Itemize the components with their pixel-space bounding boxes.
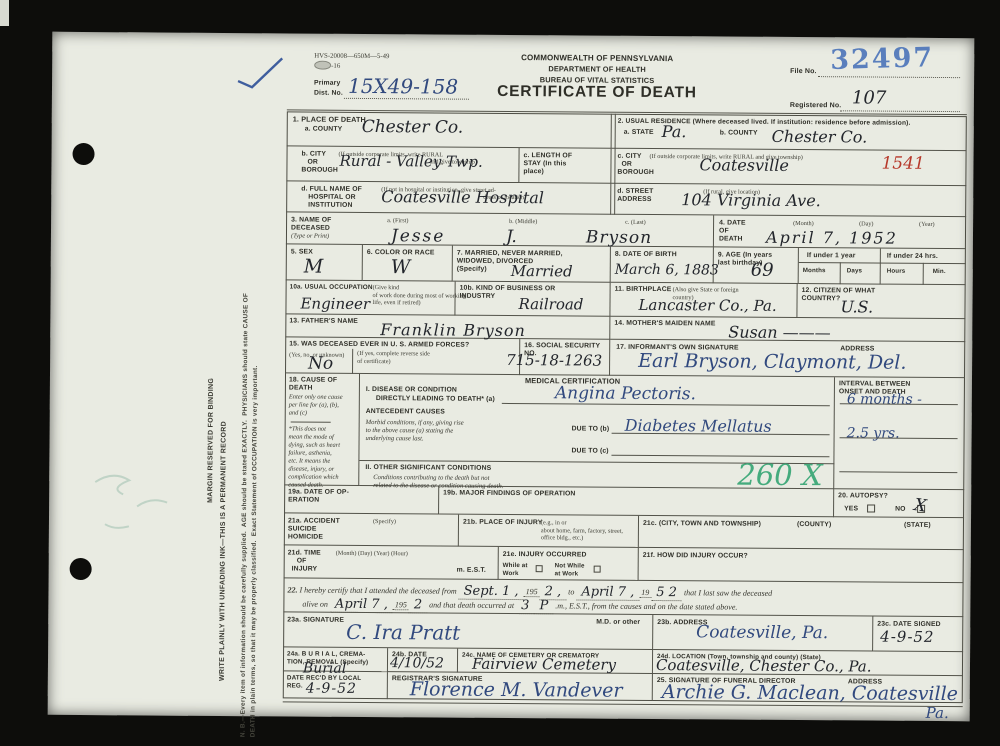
autopsy-label: 20. AUTOPSY? bbox=[838, 492, 888, 501]
certify-t1: I hereby certify that I attended the dec… bbox=[299, 586, 456, 596]
registered-no-value: 107 bbox=[852, 89, 886, 107]
fathers-name-value: Franklin Bryson bbox=[380, 322, 526, 339]
margin-write-plainly-note: WRITE PLAINLY WITH UNFADING INK—THIS IS … bbox=[218, 421, 230, 681]
injury-occurred-label: 21e. INJURY OCCURRED bbox=[503, 551, 587, 560]
margin-nb-note: N. B.—Every item of information should b… bbox=[238, 293, 261, 737]
leading-to-death-label: DIRECTLY LEADING TO DEATH* (a) bbox=[376, 395, 495, 404]
certify-t7: 195 bbox=[393, 600, 409, 610]
not-while-at-work-checkbox bbox=[594, 566, 601, 573]
due-to-b-label: DUE TO (b) bbox=[572, 425, 610, 433]
form-number-text: HVS-20008—650M—5-49 bbox=[314, 53, 389, 61]
date-recd-value: 4-9-52 bbox=[306, 682, 357, 696]
mothers-maiden-name-value: Susan ——— bbox=[728, 325, 831, 342]
commonwealth-title: COMMONWEALTH OF PENNSYLVANIA bbox=[452, 54, 742, 64]
cause-a-value: Angina Pectoris. bbox=[555, 385, 696, 403]
date-of-birth-value: March 6, 1883 bbox=[615, 263, 719, 278]
sex-value: M bbox=[304, 258, 324, 277]
injury-state-hint: (STATE) bbox=[904, 522, 931, 530]
certify-t8: and that death occurred at bbox=[429, 600, 514, 610]
autopsy-no-label: NO bbox=[895, 506, 906, 514]
morbid-conditions-note: Morbid conditions, if any, giving rise t… bbox=[366, 419, 464, 444]
armed-forces-divider bbox=[352, 349, 353, 374]
armed-forces-note2: (If yes, complete reverse side of certif… bbox=[357, 350, 430, 366]
funeral-director-signature-overflow: Pa. bbox=[926, 706, 949, 721]
death-year-hint: (Year) bbox=[919, 221, 935, 229]
street-address-value: 104 Virginia Ave. bbox=[681, 192, 821, 209]
cemetery-value: Fairview Cemetery bbox=[472, 657, 616, 673]
state-value: Pa. bbox=[662, 124, 687, 140]
file-no-label: File No. bbox=[790, 68, 817, 76]
death-ampm-value: P bbox=[534, 598, 553, 614]
death-hour-value: 3 bbox=[516, 598, 534, 614]
place-of-injury-note: (e.g., in or about home, farm, factory, … bbox=[541, 519, 623, 542]
middle-name-hint: b. (Middle) bbox=[509, 218, 537, 226]
first-name-value: Jesse bbox=[391, 228, 446, 245]
file-no-line bbox=[818, 75, 960, 78]
autopsy-yes-checkbox bbox=[867, 504, 875, 512]
marital-value: Married bbox=[511, 264, 573, 279]
business-value: Railroad bbox=[518, 297, 583, 312]
under-24-hrs-label: If under 24 hrs. bbox=[887, 253, 938, 262]
punch-hole-bottom bbox=[70, 558, 92, 580]
armed-forces-value: No bbox=[308, 356, 333, 373]
county-label: a. COUNTY bbox=[305, 126, 343, 134]
city-borough-value: Rural - Valley Twp. bbox=[339, 154, 482, 170]
other-conditions-label: II. OTHER SIGNIFICANT CONDITIONS bbox=[365, 464, 491, 473]
green-pencil-scribble bbox=[85, 462, 196, 553]
birthplace-value: Lancaster Co., Pa. bbox=[638, 298, 776, 314]
punch-hole-top bbox=[72, 143, 94, 165]
funeral-director-signature-value: Archie G. Maclean, Coatesville bbox=[662, 683, 958, 704]
burial-date-value: 4/10/52 bbox=[390, 656, 444, 670]
death-day-hint: (Day) bbox=[859, 220, 873, 228]
due-to-c-label: DUE TO (c) bbox=[571, 447, 608, 455]
months-label: Months bbox=[803, 267, 826, 275]
scanned-death-certificate: MARGIN RESERVED FOR BINDING WRITE PLAINL… bbox=[0, 0, 1000, 746]
disease-condition-label: I. DISEASE OR CONDITION bbox=[366, 386, 457, 395]
fathers-name-label: 13. FATHER'S NAME bbox=[289, 317, 358, 326]
hospital-label3: INSTITUTION bbox=[308, 202, 352, 211]
date-signed-value: 4-9-52 bbox=[880, 630, 934, 645]
alive-year-value: 2 bbox=[409, 597, 427, 613]
certify-t5: that I last saw the deceased bbox=[684, 588, 772, 598]
color-race-value: W bbox=[391, 258, 411, 277]
registered-no-label: Registered No. bbox=[790, 102, 842, 111]
certify-t3: to bbox=[568, 587, 574, 596]
middle-name-value: J. bbox=[506, 229, 517, 246]
certify-t9: .m., E.S.T., from the causes and on the … bbox=[555, 601, 737, 611]
type-or-print-note: (Type or Print) bbox=[291, 232, 329, 240]
residence-city-value: Coatesville bbox=[699, 157, 789, 174]
injury-county-hint: (COUNTY) bbox=[797, 521, 831, 529]
margin-binding-note: MARGIN RESERVED FOR BINDING bbox=[206, 378, 217, 503]
file-number-stamp: 32497 bbox=[830, 44, 935, 74]
registered-no-line bbox=[840, 109, 960, 112]
cause-note1: Enter only one cause per line for (a), (… bbox=[289, 393, 343, 417]
form-number: HVS-20008—650M—5-49 -16 bbox=[314, 53, 389, 71]
accident-suicide-homicide-label: 21a. ACCIDENT SUICIDE HOMICIDE bbox=[288, 517, 340, 542]
certify-statement-line2: alive on April 7 ,1952 and that death oc… bbox=[302, 597, 737, 615]
code-260x-value: 260 X bbox=[737, 461, 822, 491]
min-label: Min. bbox=[933, 268, 946, 276]
time-of-injury-injury: INJURY bbox=[292, 565, 318, 573]
major-findings-label: 19b. MAJOR FINDINGS OF OPERATION bbox=[443, 490, 575, 499]
name-of-deceased-label: 3. NAME OF DECEASED bbox=[291, 216, 332, 233]
department-title: DEPARTMENT OF HEALTH bbox=[452, 65, 742, 75]
hospital-value: Coatesville Hospital bbox=[381, 189, 544, 206]
antecedent-causes-label: ANTECEDENT CAUSES bbox=[366, 408, 445, 417]
certificate-title: CERTIFICATE OF DEATH bbox=[437, 87, 757, 97]
last-name-value: Bryson bbox=[586, 230, 652, 247]
residence-city-borough: BOROUGH bbox=[617, 169, 654, 177]
injury-city-label: 21c. (CITY, TOWN AND TOWNSHIP) bbox=[643, 520, 761, 529]
autopsy-no-mark: X bbox=[913, 497, 927, 516]
length-of-stay-label: c. LENGTH OF STAY (In this place) bbox=[523, 152, 572, 177]
scan-edge-sliver bbox=[0, 0, 9, 26]
while-at-work-label: While at Work bbox=[503, 562, 528, 579]
other-conditions-note: Conditions contributing to the death but… bbox=[373, 474, 503, 491]
signature-label: 23a. SIGNATURE bbox=[287, 616, 344, 625]
date-of-operation-label: 19a. DATE OF OP- ERATION bbox=[288, 488, 349, 505]
certify-t2: 195 bbox=[524, 587, 540, 597]
cause-b-value: Diabetes Mellatus bbox=[625, 418, 772, 435]
not-while-at-work-label: Not While at Work bbox=[555, 562, 585, 579]
age-hours-min-divider bbox=[923, 263, 924, 285]
date-of-death-label: 4. DATE OF DEATH bbox=[719, 219, 746, 244]
citizen-value: U.S. bbox=[840, 299, 873, 315]
form-number-suffix: -16 bbox=[331, 62, 340, 69]
md-or-other-label: M.D. or other bbox=[596, 619, 640, 628]
birthplace-label: 11. BIRTHPLACE bbox=[615, 286, 672, 295]
first-name-hint: a. (First) bbox=[387, 217, 408, 225]
ssn-value: 715-18-1263 bbox=[506, 353, 602, 369]
how-did-injury-occur-label: 21f. HOW DID INJURY OCCUR? bbox=[643, 552, 748, 561]
informant-signature-value: Earl Bryson, Claymont, Del. bbox=[638, 352, 906, 373]
certificate-paper: MARGIN RESERVED FOR BINDING WRITE PLAINL… bbox=[48, 32, 975, 721]
physician-signature-value: C. Ira Pratt bbox=[346, 622, 460, 643]
date-of-birth-label: 8. DATE OF BIRTH bbox=[615, 251, 677, 260]
mothers-maiden-name-label: 14. MOTHER'S MAIDEN NAME bbox=[614, 320, 715, 329]
cause-of-death-label: 18. CAUSE OF DEATH bbox=[289, 376, 355, 393]
under-1-year-label: If under 1 year bbox=[807, 252, 856, 261]
primary-label: Primary bbox=[314, 80, 340, 88]
hours-label: Hours bbox=[887, 268, 906, 276]
cause-note2: *This does not mean the mode of dying, s… bbox=[288, 425, 340, 489]
autopsy-yes-label: YES bbox=[844, 505, 858, 513]
last-name-hint: c. (Last) bbox=[625, 219, 646, 227]
union-seal-icon bbox=[314, 60, 331, 69]
days-label: Days bbox=[847, 267, 862, 275]
city-borough-borough: BOROUGH bbox=[301, 167, 338, 175]
age-value: 69 bbox=[751, 262, 774, 280]
time-of-injury-est: m. E.S.T. bbox=[457, 567, 486, 575]
occupation-note: (Give kind of work done during most of w… bbox=[372, 284, 465, 307]
residence-city-red-number: 1541 bbox=[881, 156, 924, 173]
registrar-signature-value: Florence M. Vandever bbox=[410, 680, 623, 700]
checkmark-icon bbox=[232, 53, 288, 91]
place-of-death-title: 1. PLACE OF DEATH bbox=[293, 115, 366, 124]
county-value: Chester Co. bbox=[362, 119, 464, 137]
residence-county-label: b. COUNTY bbox=[720, 129, 758, 137]
armed-forces-label: 15. WAS DECEASED EVER IN U. S. ARMED FOR… bbox=[289, 340, 469, 349]
certify-t6: alive on bbox=[302, 600, 328, 609]
age-months-days-divider bbox=[840, 262, 841, 284]
time-of-injury-hints: (Month) (Day) (Year) (Hour) bbox=[336, 550, 408, 558]
specify-hint: (Specify) bbox=[373, 518, 396, 526]
date-of-death-value: April 7, 1952 bbox=[766, 230, 898, 247]
while-at-work-checkbox bbox=[536, 565, 543, 572]
death-month-hint: (Month) bbox=[793, 220, 814, 228]
certify-no: 22. bbox=[287, 585, 297, 594]
occupation-value: Engineer bbox=[300, 297, 370, 312]
alive-on-value: April 7 , bbox=[330, 597, 393, 613]
residence-county-value: Chester Co. bbox=[772, 129, 868, 146]
occupation-label: 10a. USUAL OCCUPATION bbox=[290, 283, 373, 292]
place-of-injury-label: 21b. PLACE OF INJURY bbox=[463, 519, 542, 528]
certify-t4: 19 bbox=[639, 588, 651, 598]
state-label: a. STATE bbox=[624, 129, 654, 137]
dist-no-label: Dist. No. bbox=[314, 90, 343, 98]
cemetery-location-value: Coatesville, Chester Co., Pa. bbox=[656, 658, 872, 675]
street-address-label: d. STREET ADDRESS bbox=[617, 188, 653, 205]
physician-address-value: Coatesville, Pa. bbox=[696, 624, 828, 642]
